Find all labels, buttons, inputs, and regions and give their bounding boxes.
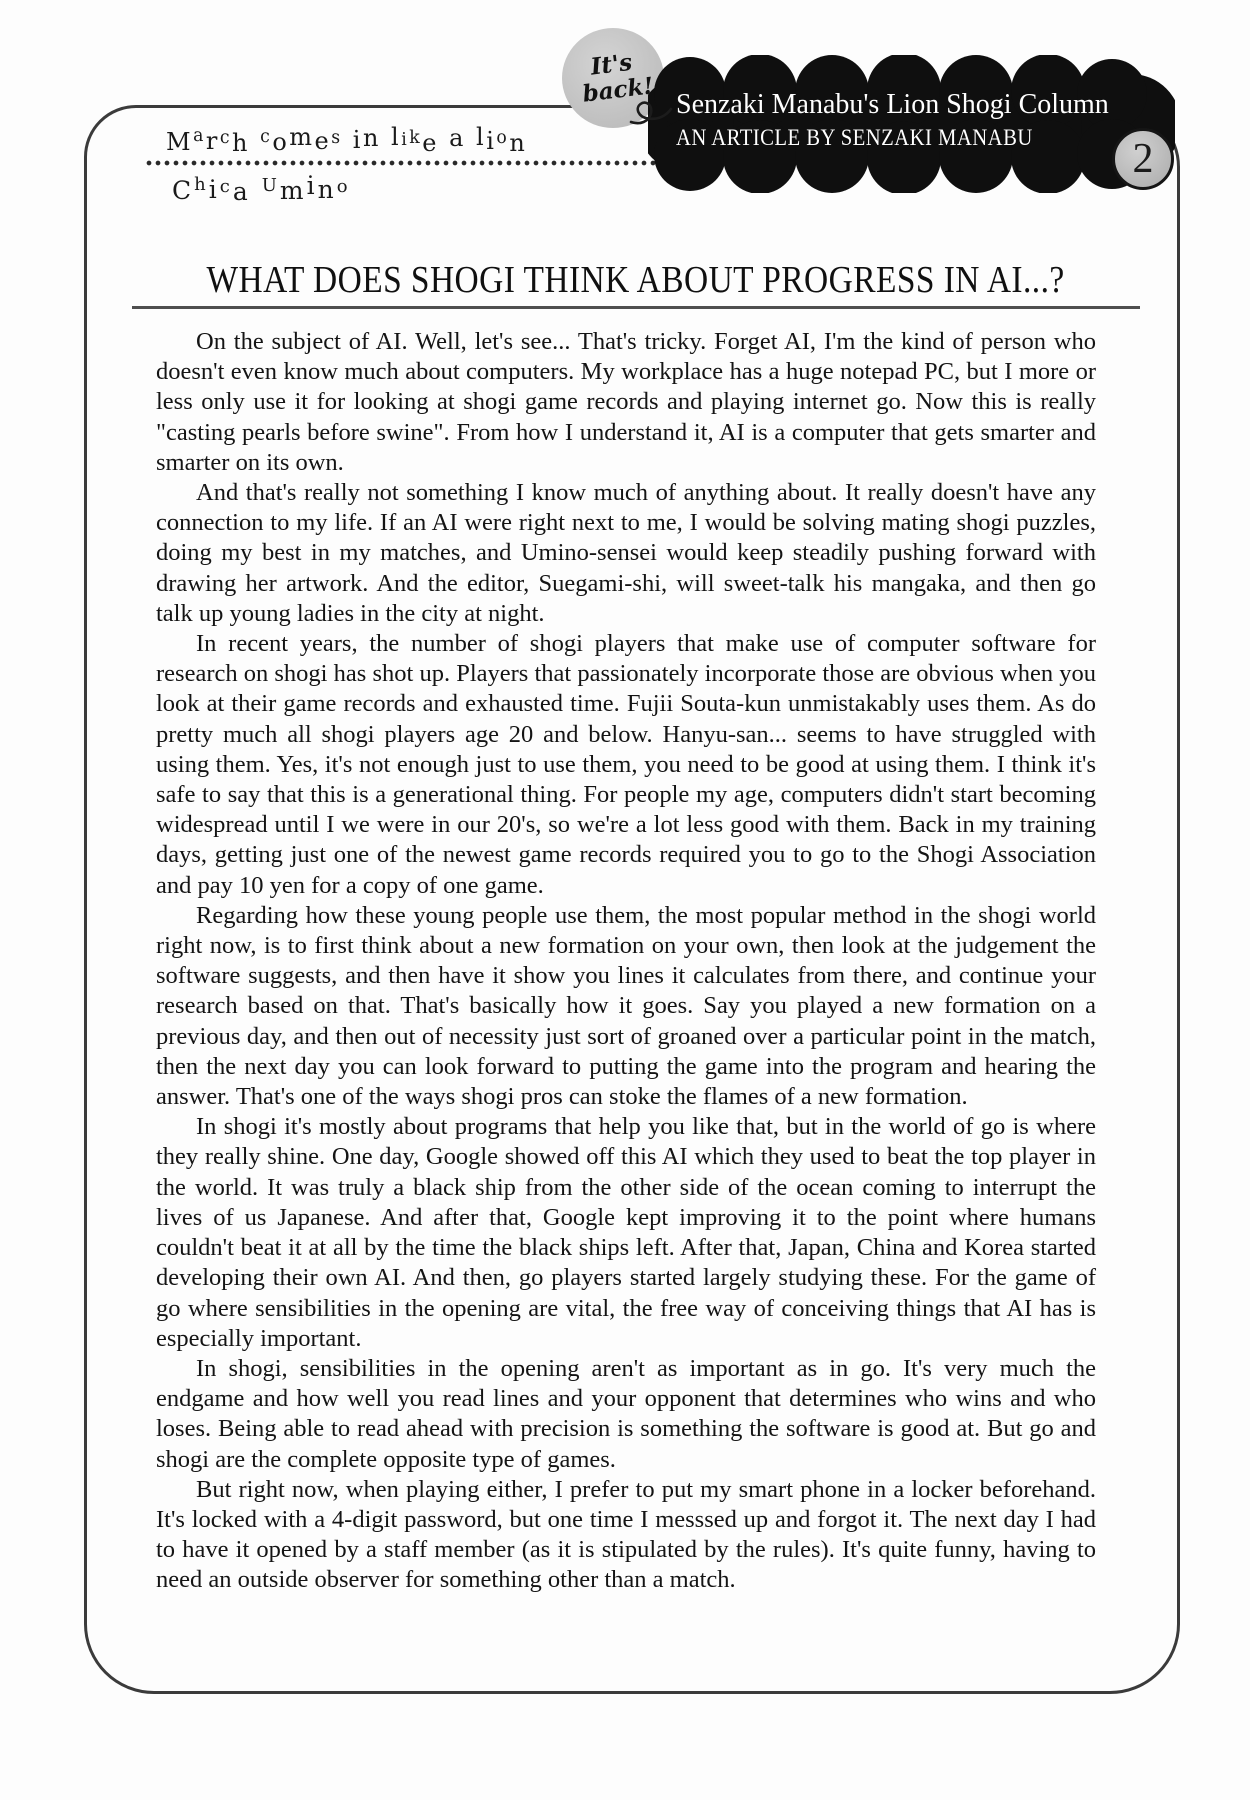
title-rule	[132, 306, 1140, 309]
curl-icon	[628, 92, 674, 132]
paragraph: In shogi it's mostly about programs that…	[156, 1112, 1096, 1354]
page: March comes in like a lion Chica Umino I…	[0, 0, 1250, 1800]
paragraph: But right now, when playing either, I pr…	[156, 1475, 1096, 1596]
author-name: Chica Umino	[172, 174, 351, 203]
article-title-text: WHAT DOES SHOGI THINK ABOUT PROGRESS IN …	[207, 258, 1065, 302]
paragraph: Regarding how these young people use the…	[156, 901, 1096, 1112]
column-title: Senzaki Manabu's Lion Shogi Column	[676, 88, 1109, 122]
article-title: WHAT DOES SHOGI THINK ABOUT PROGRESS IN …	[132, 258, 1140, 302]
paragraph: On the subject of AI. Well, let's see...…	[156, 327, 1096, 478]
paragraph: In recent years, the number of shogi pla…	[156, 629, 1096, 901]
series-title: March comes in like a lion	[166, 126, 527, 154]
column-header: Senzaki Manabu's Lion Shogi Column AN AR…	[676, 88, 1109, 151]
dotted-divider	[146, 160, 662, 167]
paragraph: In shogi, sensibilities in the opening a…	[156, 1354, 1096, 1475]
article-body: On the subject of AI. Well, let's see...…	[156, 327, 1096, 1596]
issue-number-badge: 2	[1112, 128, 1174, 190]
issue-number: 2	[1133, 138, 1154, 180]
column-byline: AN ARTICLE BY SENZAKI MANABU	[676, 125, 1066, 151]
paragraph: And that's really not something I know m…	[156, 478, 1096, 629]
